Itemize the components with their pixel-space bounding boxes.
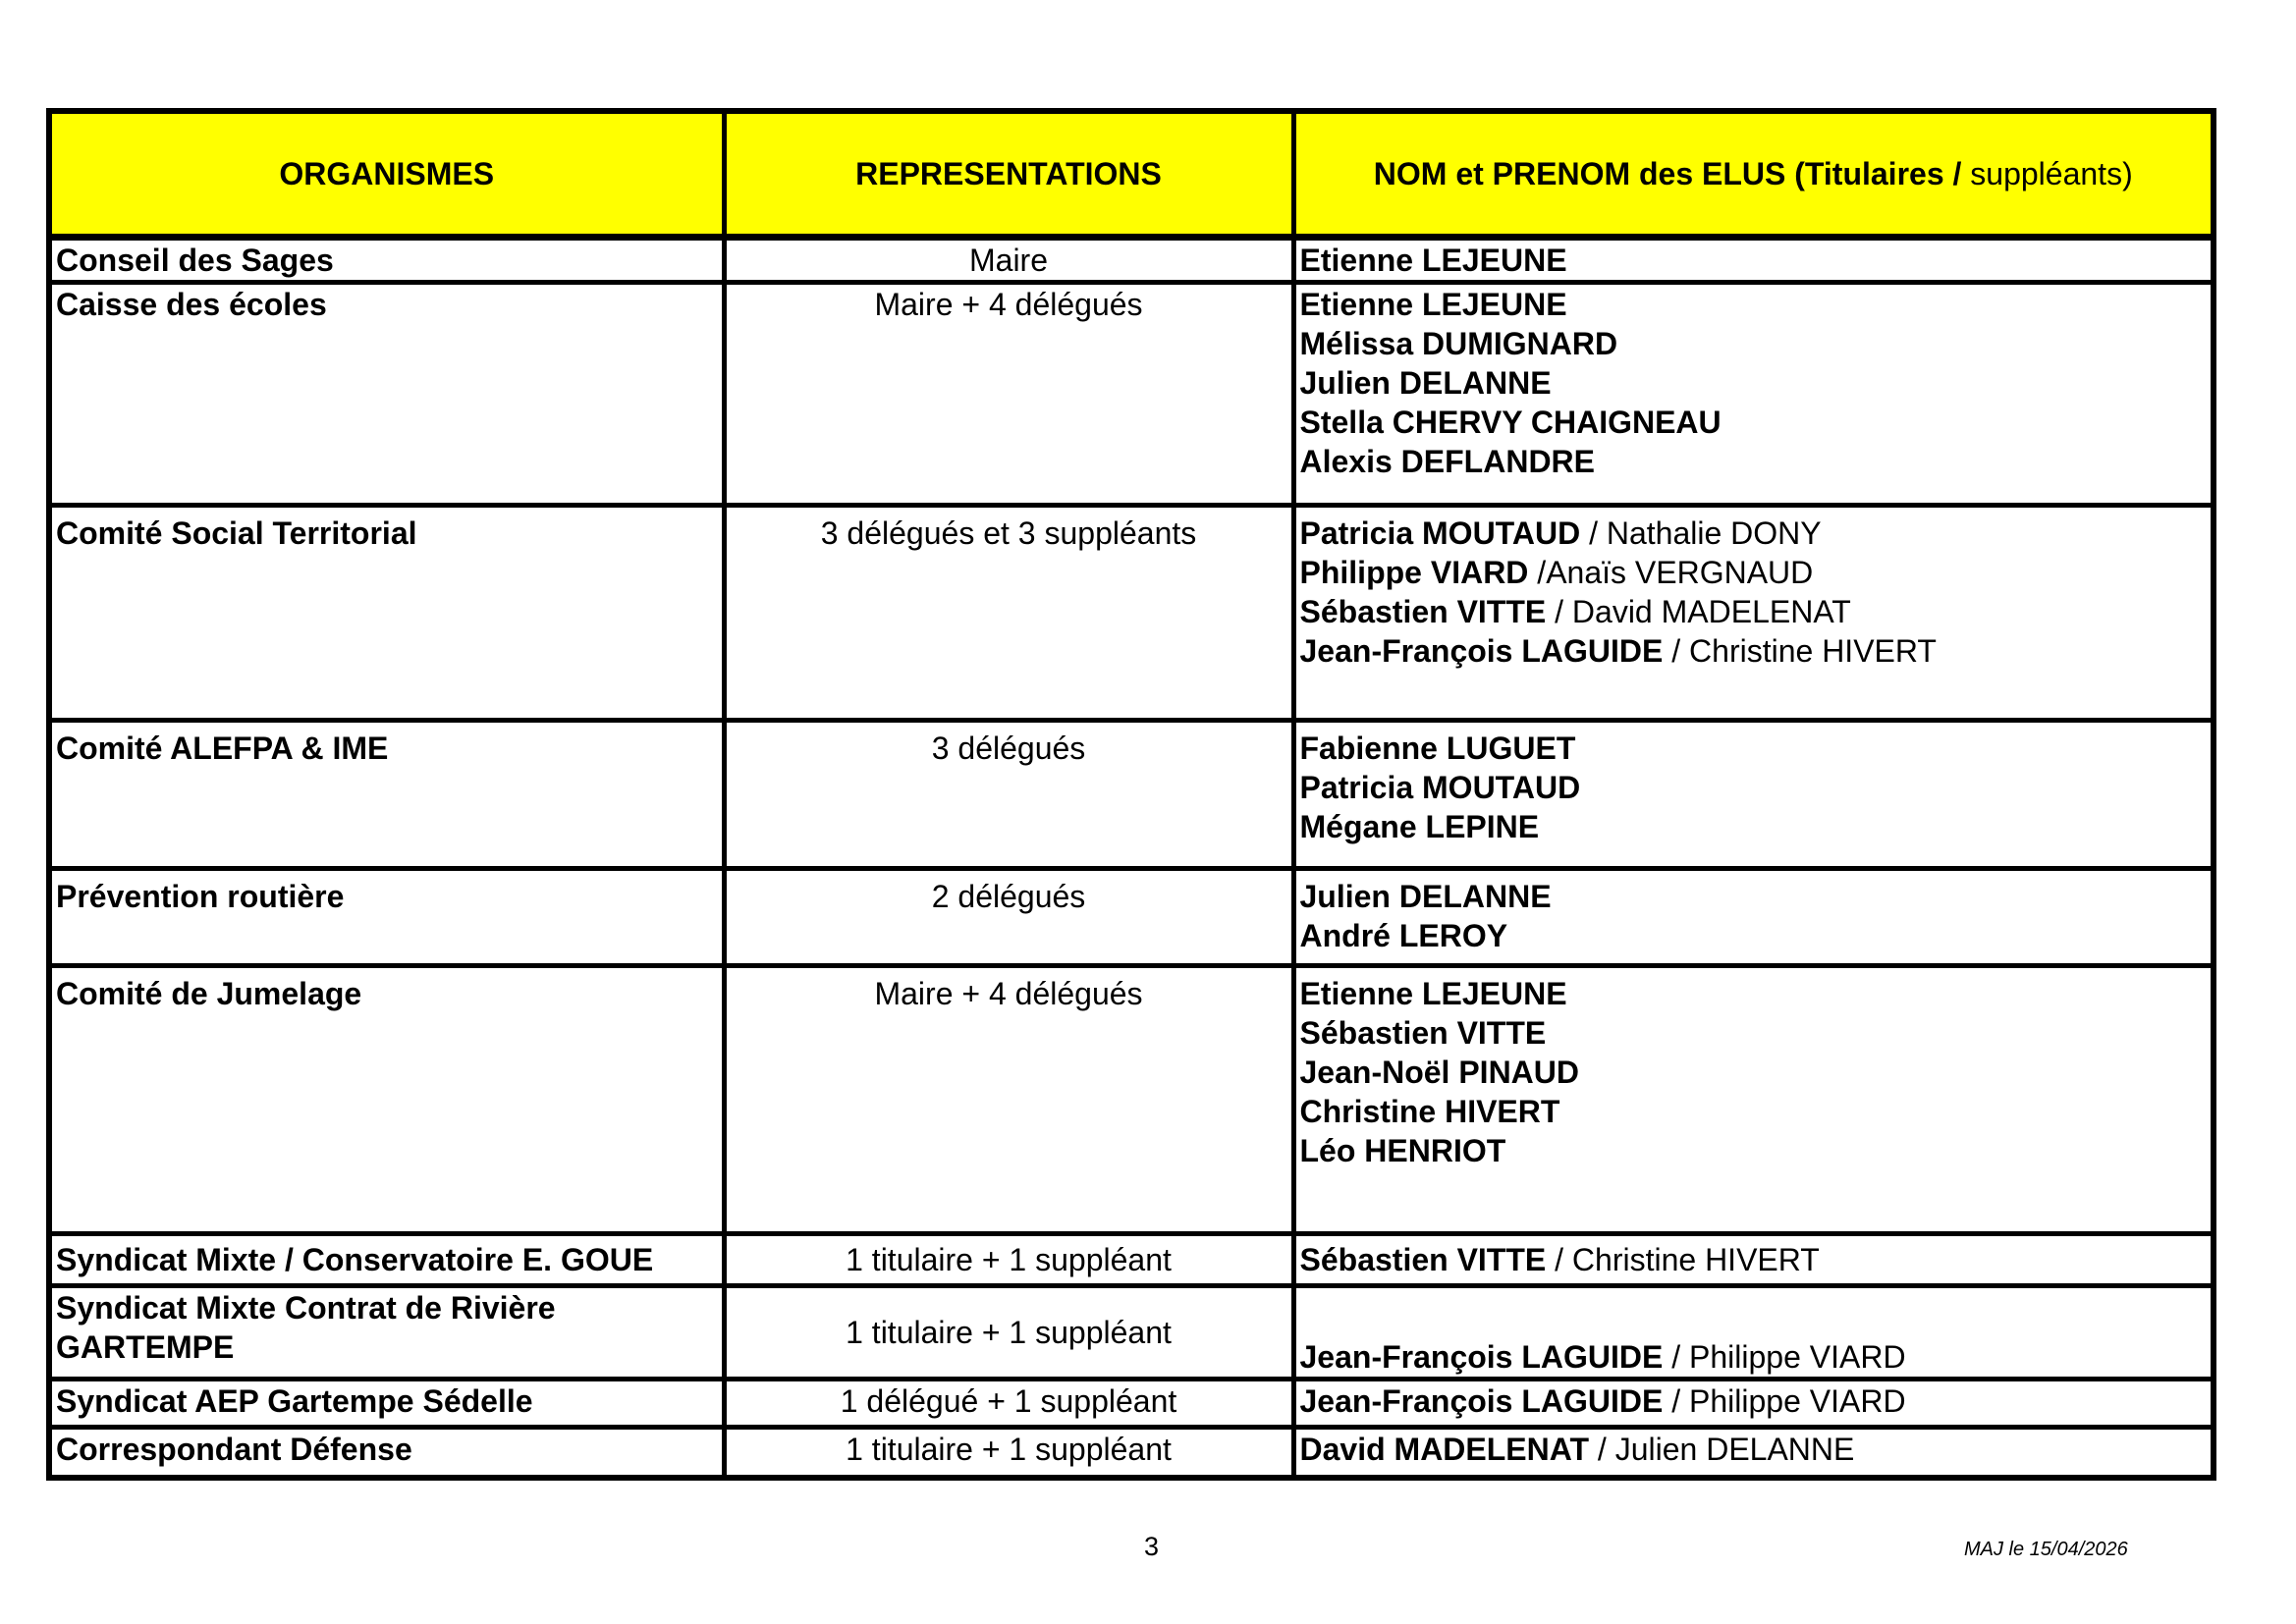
- elu-entry: Jean-Noël PINAUD: [1300, 1053, 2208, 1092]
- elu-entry: Alexis DEFLANDRE: [1300, 442, 2208, 481]
- elu-entry: Stella CHERVY CHAIGNEAU: [1300, 403, 2208, 442]
- organisme-cell: Correspondant Défense: [49, 1428, 724, 1479]
- elu-entry: Mélissa DUMIGNARD: [1300, 324, 2208, 363]
- elu-entry: Sébastien VITTE / David MADELENAT: [1300, 592, 2208, 631]
- representation-cell: Maire: [724, 238, 1293, 283]
- elu-entry: Sébastien VITTE / Christine HIVERT: [1300, 1240, 2208, 1279]
- table-row: Conseil des SagesMaireEtienne LEJEUNE: [49, 238, 2214, 283]
- elu-entry: Etienne LEJEUNE: [1300, 285, 2208, 324]
- suppleant-name: / Philippe VIARD: [1663, 1339, 1905, 1375]
- elu-entry: Sébastien VITTE: [1300, 1013, 2208, 1053]
- titulaire-name: David MADELENAT: [1300, 1432, 1590, 1467]
- elu-entry: Etienne LEJEUNE: [1300, 241, 2208, 280]
- elu-entry: Etienne LEJEUNE: [1300, 974, 2208, 1013]
- titulaire-name: Mélissa DUMIGNARD: [1300, 326, 1618, 361]
- suppleant-name: / Christine HIVERT: [1546, 1242, 1820, 1277]
- elu-entry: Jean-François LAGUIDE / Philippe VIARD: [1300, 1337, 2208, 1377]
- organisme-cell: Syndicat Mixte Contrat de Rivière GARTEM…: [49, 1286, 724, 1380]
- titulaire-name: Léo HENRIOT: [1300, 1133, 1506, 1168]
- representation-cell: Maire + 4 délégués: [724, 966, 1293, 1234]
- header-organismes: ORGANISMES: [49, 111, 724, 238]
- representation-cell: 2 délégués: [724, 869, 1293, 966]
- representation-cell: 3 délégués: [724, 721, 1293, 869]
- elus-cell: David MADELENAT / Julien DELANNE: [1293, 1428, 2214, 1479]
- elu-entry: Julien DELANNE: [1300, 363, 2208, 403]
- suppleant-name: / Julien DELANNE: [1589, 1432, 1854, 1467]
- organisme-cell: Prévention routière: [49, 869, 724, 966]
- representation-cell: 1 titulaire + 1 suppléant: [724, 1286, 1293, 1380]
- titulaire-name: Julien DELANNE: [1300, 365, 1552, 401]
- suppleant-name: / Christine HIVERT: [1663, 633, 1937, 669]
- titulaire-name: Stella CHERVY CHAIGNEAU: [1300, 405, 1722, 440]
- elu-entry: Patricia MOUTAUD / Nathalie DONY: [1300, 514, 2208, 553]
- representation-cell: 1 délégué + 1 suppléant: [724, 1380, 1293, 1428]
- table-header-row: ORGANISMES REPRESENTATIONS NOM et PRENOM…: [49, 111, 2214, 238]
- titulaire-name: Jean-François LAGUIDE: [1300, 1339, 1664, 1375]
- header-representations: REPRESENTATIONS: [724, 111, 1293, 238]
- titulaire-name: Jean-Noël PINAUD: [1300, 1055, 1580, 1090]
- elus-cell: Jean-François LAGUIDE / Philippe VIARD: [1293, 1286, 2214, 1380]
- titulaire-name: André LEROY: [1300, 918, 1508, 953]
- titulaire-name: Etienne LEJEUNE: [1300, 243, 1567, 278]
- titulaire-name: Christine HIVERT: [1300, 1094, 1560, 1129]
- header-elus: NOM et PRENOM des ELUS (Titulaires / sup…: [1293, 111, 2214, 238]
- suppleant-name: / David MADELENAT: [1546, 594, 1851, 629]
- elu-entry: David MADELENAT / Julien DELANNE: [1300, 1430, 2208, 1469]
- titulaire-name: Etienne LEJEUNE: [1300, 287, 1567, 322]
- suppleant-name: /Anaïs VERGNAUD: [1528, 555, 1813, 590]
- table-row: Syndicat AEP Gartempe Sédelle1 délégué +…: [49, 1380, 2214, 1428]
- table-row: Syndicat Mixte Contrat de Rivière GARTEM…: [49, 1286, 2214, 1380]
- titulaire-name: Philippe VIARD: [1300, 555, 1529, 590]
- elu-entry: Fabienne LUGUET: [1300, 729, 2208, 768]
- table-row: Prévention routière2 déléguésJulien DELA…: [49, 869, 2214, 966]
- suppleant-name: / Nathalie DONY: [1580, 515, 1821, 551]
- table-row: Correspondant Défense1 titulaire + 1 sup…: [49, 1428, 2214, 1479]
- table-row: Comité Social Territorial3 délégués et 3…: [49, 506, 2214, 721]
- elu-entry: Christine HIVERT: [1300, 1092, 2208, 1131]
- organisme-cell: Syndicat AEP Gartempe Sédelle: [49, 1380, 724, 1428]
- organisme-cell: Syndicat Mixte / Conservatoire E. GOUE: [49, 1234, 724, 1286]
- elus-cell: Sébastien VITTE / Christine HIVERT: [1293, 1234, 2214, 1286]
- representation-cell: 3 délégués et 3 suppléants: [724, 506, 1293, 721]
- elus-cell: Etienne LEJEUNESébastien VITTEJean-Noël …: [1293, 966, 2214, 1234]
- elu-entry: Mégane LEPINE: [1300, 807, 2208, 846]
- titulaire-name: Sébastien VITTE: [1300, 594, 1547, 629]
- table-row: Caisse des écolesMaire + 4 déléguésEtien…: [49, 283, 2214, 506]
- elus-cell: Fabienne LUGUETPatricia MOUTAUDMégane LE…: [1293, 721, 2214, 869]
- titulaire-name: Sébastien VITTE: [1300, 1242, 1547, 1277]
- elu-entry: Julien DELANNE: [1300, 877, 2208, 916]
- elus-cell: Etienne LEJEUNE: [1293, 238, 2214, 283]
- representation-cell: 1 titulaire + 1 suppléant: [724, 1428, 1293, 1479]
- titulaire-name: Mégane LEPINE: [1300, 809, 1540, 844]
- organisme-cell: Comité de Jumelage: [49, 966, 724, 1234]
- organisme-cell: Comité ALEFPA & IME: [49, 721, 724, 869]
- table-row: Comité ALEFPA & IME3 déléguésFabienne LU…: [49, 721, 2214, 869]
- table-row: Comité de JumelageMaire + 4 déléguésEtie…: [49, 966, 2214, 1234]
- representations-table: ORGANISMES REPRESENTATIONS NOM et PRENOM…: [46, 108, 2216, 1481]
- titulaire-name: Patricia MOUTAUD: [1300, 770, 1581, 805]
- titulaire-name: Alexis DEFLANDRE: [1300, 444, 1596, 479]
- elu-entry: Jean-François LAGUIDE / Philippe VIARD: [1300, 1381, 2208, 1421]
- titulaire-name: Jean-François LAGUIDE: [1300, 633, 1664, 669]
- elu-entry: Patricia MOUTAUD: [1300, 768, 2208, 807]
- elus-cell: Etienne LEJEUNEMélissa DUMIGNARDJulien D…: [1293, 283, 2214, 506]
- elu-entry: Philippe VIARD /Anaïs VERGNAUD: [1300, 553, 2208, 592]
- representation-cell: Maire + 4 délégués: [724, 283, 1293, 506]
- titulaire-name: Fabienne LUGUET: [1300, 731, 1576, 766]
- titulaire-name: Patricia MOUTAUD: [1300, 515, 1581, 551]
- elus-cell: Julien DELANNEAndré LEROY: [1293, 869, 2214, 966]
- elus-cell: Patricia MOUTAUD / Nathalie DONYPhilippe…: [1293, 506, 2214, 721]
- organisme-cell: Comité Social Territorial: [49, 506, 724, 721]
- table-row: Syndicat Mixte / Conservatoire E. GOUE1 …: [49, 1234, 2214, 1286]
- suppleant-name: / Philippe VIARD: [1663, 1383, 1905, 1419]
- organisme-cell: Conseil des Sages: [49, 238, 724, 283]
- organisme-cell: Caisse des écoles: [49, 283, 724, 506]
- elu-entry: Jean-François LAGUIDE / Christine HIVERT: [1300, 631, 2208, 671]
- update-date: MAJ le 15/04/2026: [1964, 1539, 2128, 1561]
- page-number: 3: [1144, 1532, 1159, 1562]
- titulaire-name: Sébastien VITTE: [1300, 1015, 1547, 1051]
- elu-entry: André LEROY: [1300, 916, 2208, 955]
- elus-cell: Jean-François LAGUIDE / Philippe VIARD: [1293, 1380, 2214, 1428]
- elu-entry: Léo HENRIOT: [1300, 1131, 2208, 1170]
- representation-cell: 1 titulaire + 1 suppléant: [724, 1234, 1293, 1286]
- titulaire-name: Etienne LEJEUNE: [1300, 976, 1567, 1011]
- titulaire-name: Jean-François LAGUIDE: [1300, 1383, 1664, 1419]
- titulaire-name: Julien DELANNE: [1300, 879, 1552, 914]
